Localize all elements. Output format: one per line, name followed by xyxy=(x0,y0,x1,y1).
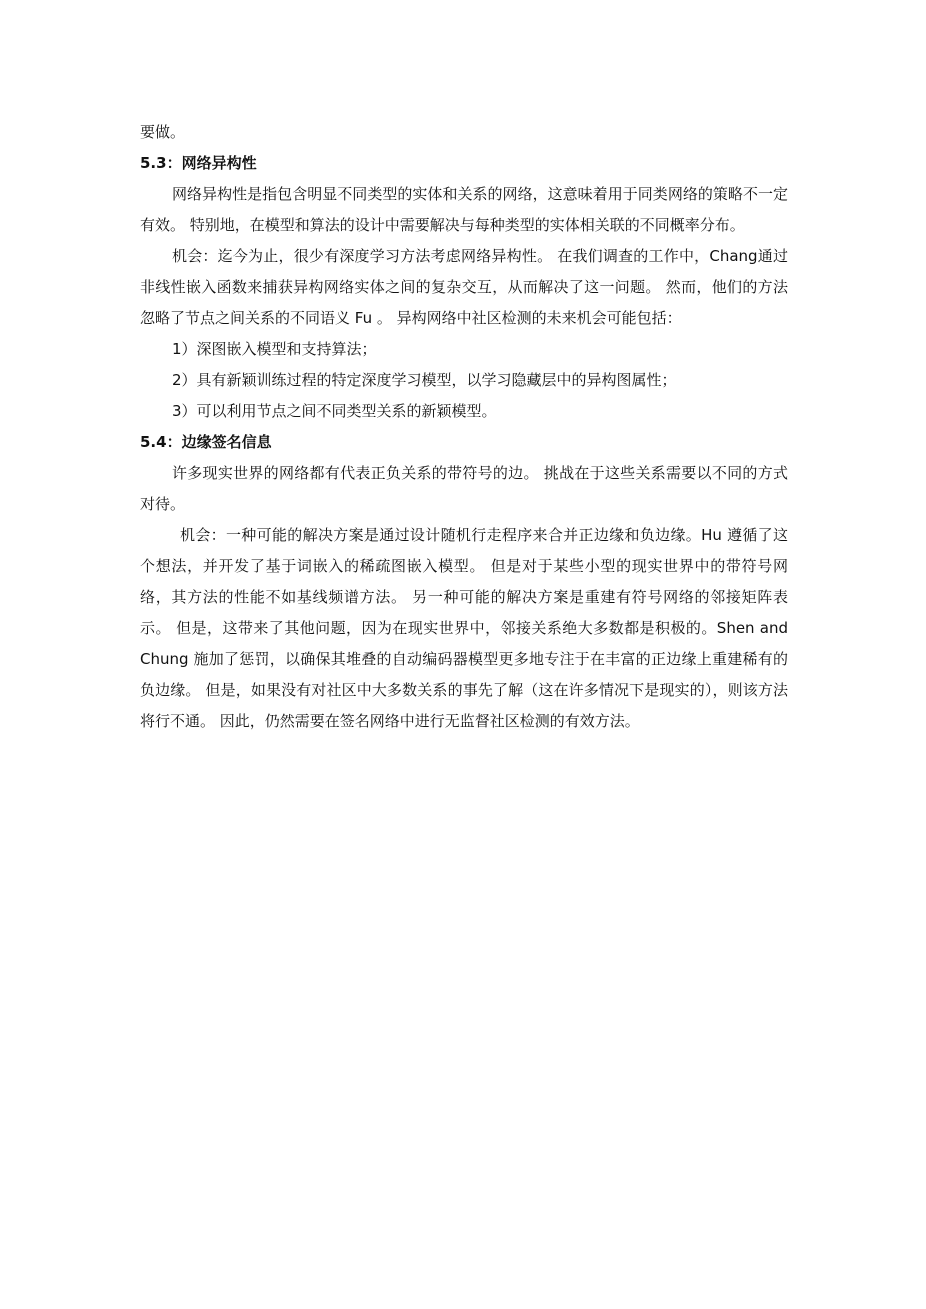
continuation-text: 要做。 xyxy=(140,117,788,148)
list-item-3: 3）可以利用节点之间不同类型关系的新颖模型。 xyxy=(140,396,788,427)
list-item-1: 1）深图嵌入模型和支持算法； xyxy=(140,334,788,365)
section-heading-5-3: 5.3：网络异构性 xyxy=(140,148,788,179)
paragraph-signed-edges-challenge: 许多现实世界的网络都有代表正负关系的带符号的边。 挑战在于这些关系需要以不同的方… xyxy=(140,458,788,520)
document-page: 要做。 5.3：网络异构性 网络异构性是指包含明显不同类型的实体和关系的网络，这… xyxy=(140,117,788,737)
paragraph-heterogeneity-definition: 网络异构性是指包含明显不同类型的实体和关系的网络，这意味着用于同类网络的策略不一… xyxy=(140,179,788,241)
paragraph-signed-edges-opportunity: 机会：一种可能的解决方案是通过设计随机行走程序来合并正边缘和负边缘。Hu 遵循了… xyxy=(140,520,788,737)
list-item-2: 2）具有新颖训练过程的特定深度学习模型，以学习隐藏层中的异构图属性； xyxy=(140,365,788,396)
paragraph-heterogeneity-opportunity: 机会：迄今为止，很少有深度学习方法考虑网络异构性。 在我们调查的工作中，Chan… xyxy=(140,241,788,334)
section-heading-5-4: 5.4：边缘签名信息 xyxy=(140,427,788,458)
